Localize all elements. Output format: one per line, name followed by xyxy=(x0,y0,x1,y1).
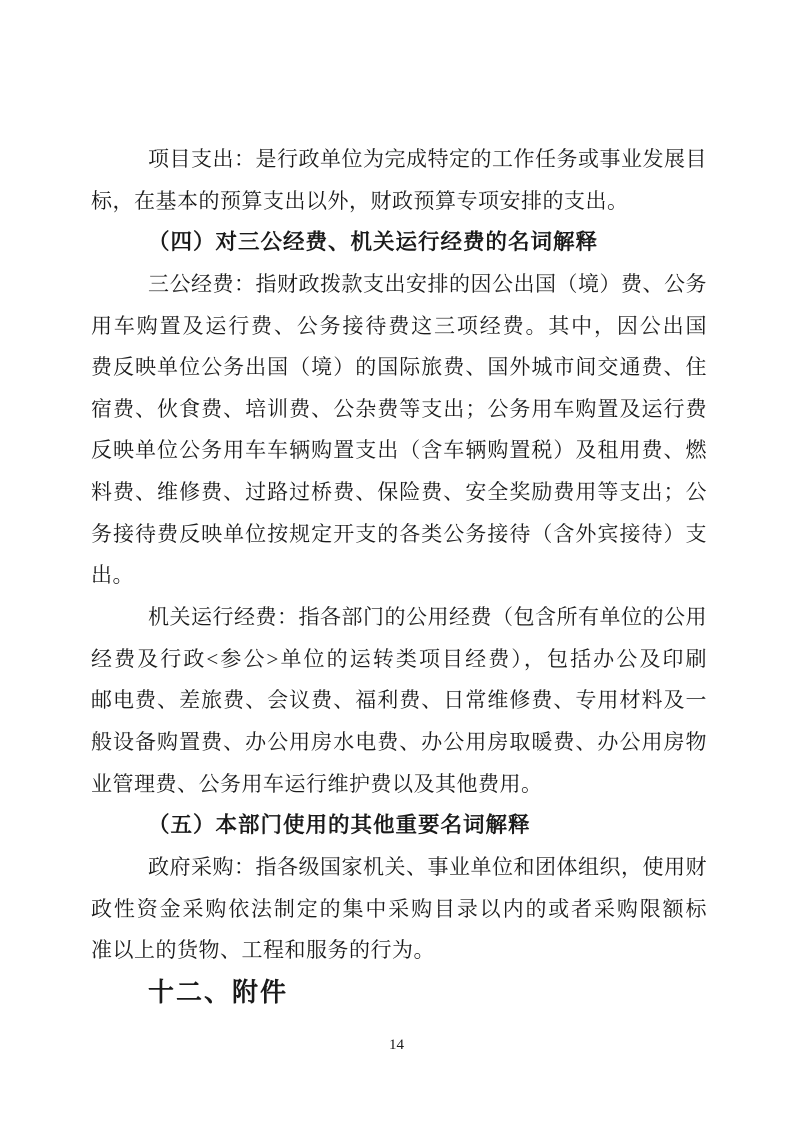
paragraph-three-public-funds: 三公经费：指财政拨款支出安排的因公出国（境）费、公务用车购置及运行费、公务接待费… xyxy=(91,264,707,597)
text-line: 机关运行经费：指各部门的公用经费（包含所有单位的公用 xyxy=(91,597,707,639)
text-line: 三公经费：指财政拨款支出安排的因公出国（境）费、公务 xyxy=(91,264,707,306)
heading-section-5: （五）本部门使用的其他重要名词解释 xyxy=(91,805,707,847)
page-number: 14 xyxy=(0,1036,793,1054)
text-line: 邮电费、差旅费、会议费、福利费、日常维修费、专用材料及一 xyxy=(91,680,707,722)
text-line: 标，在基本的预算支出以外，财政预算专项安排的支出。 xyxy=(91,181,707,223)
text-line: 费反映单位公务出国（境）的国际旅费、国外城市间交通费、住 xyxy=(91,347,707,389)
text-line: 经费及行政<参公>单位的运转类项目经费），包括办公及印刷费、 xyxy=(91,639,707,681)
heading-chapter-12-attachments: 十二、附件 xyxy=(91,972,707,1014)
text-line: 用车购置及运行费、公务接待费这三项经费。其中，因公出国（境） xyxy=(91,306,707,348)
text-line: 政性资金采购依法制定的集中采购目录以内的或者采购限额标 xyxy=(91,889,707,931)
heading-section-4: （四）对三公经费、机关运行经费的名词解释 xyxy=(91,222,707,264)
document-body: 项目支出：是行政单位为完成特定的工作任务或事业发展目标，在基本的预算支出以外，财… xyxy=(91,139,707,1013)
text-line: 般设备购置费、办公用房水电费、办公用房取暖费、办公用房物 xyxy=(91,722,707,764)
text-line: 业管理费、公务用车运行维护费以及其他费用。 xyxy=(91,764,707,806)
text-line: （四）对三公经费、机关运行经费的名词解释 xyxy=(91,222,707,264)
text-line: 准以上的货物、工程和服务的行为。 xyxy=(91,930,707,972)
document-page: 项目支出：是行政单位为完成特定的工作任务或事业发展目标，在基本的预算支出以外，财… xyxy=(0,0,793,1122)
text-line: 务接待费反映单位按规定开支的各类公务接待（含外宾接待）支 xyxy=(91,514,707,556)
paragraph-project-expenditure: 项目支出：是行政单位为完成特定的工作任务或事业发展目标，在基本的预算支出以外，财… xyxy=(91,139,707,222)
text-line: 出。 xyxy=(91,555,707,597)
text-line: 十二、附件 xyxy=(91,972,707,1014)
paragraph-agency-operating-funds: 机关运行经费：指各部门的公用经费（包含所有单位的公用经费及行政<参公>单位的运转… xyxy=(91,597,707,805)
paragraph-government-procurement: 政府采购：指各级国家机关、事业单位和团体组织，使用财政性资金采购依法制定的集中采… xyxy=(91,847,707,972)
text-line: 料费、维修费、过路过桥费、保险费、安全奖励费用等支出；公 xyxy=(91,472,707,514)
text-line: 项目支出：是行政单位为完成特定的工作任务或事业发展目 xyxy=(91,139,707,181)
text-line: （五）本部门使用的其他重要名词解释 xyxy=(91,805,707,847)
text-line: 反映单位公务用车车辆购置支出（含车辆购置税）及租用费、燃 xyxy=(91,430,707,472)
text-line: 政府采购：指各级国家机关、事业单位和团体组织，使用财 xyxy=(91,847,707,889)
text-line: 宿费、伙食费、培训费、公杂费等支出；公务用车购置及运行费 xyxy=(91,389,707,431)
